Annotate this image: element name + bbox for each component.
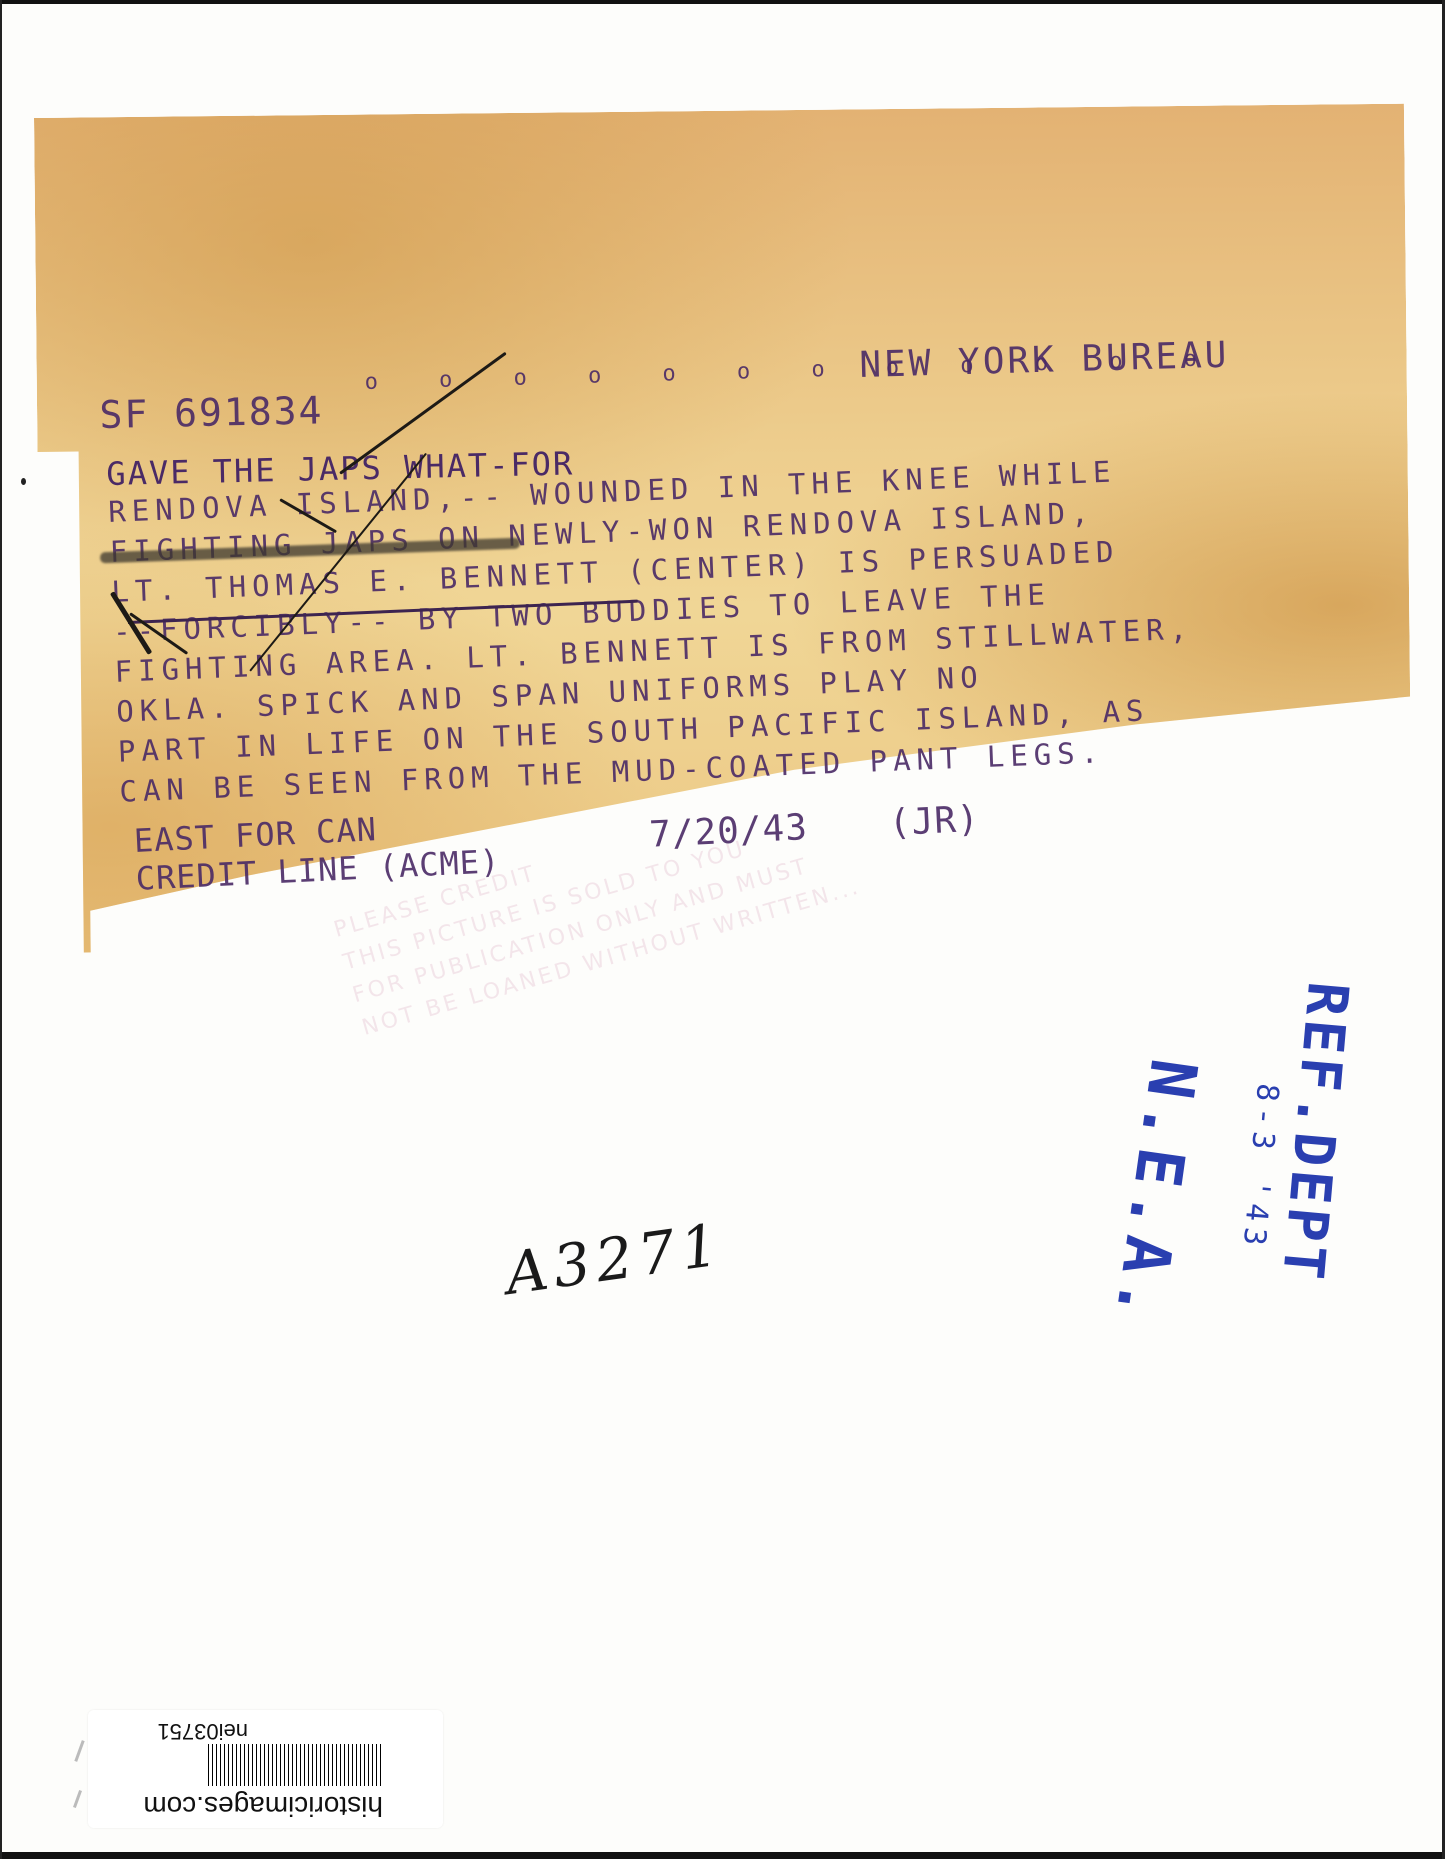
barcode-bar [324,1744,325,1786]
barcode-bar [220,1744,221,1786]
barcode-label: historicimages.com nei03751 [88,1710,443,1828]
barcode-bar [280,1744,281,1786]
barcode-bar [284,1744,285,1786]
ref-dept-stamp: REF.DEPT 8-3 '43 N.E.A. [1080,975,1380,1335]
barcode-site: historicimages.com [143,1790,383,1822]
barcode-bar [336,1744,337,1786]
barcode-bar [328,1744,329,1786]
barcode-bar [356,1744,357,1786]
barcode-bar [264,1744,265,1786]
barcode-bar [292,1744,293,1786]
barcode-bar [256,1744,257,1786]
barcode-bar [268,1744,269,1786]
barcode-bar [208,1744,209,1786]
barcode-bar [224,1744,225,1786]
barcode-bar [288,1744,289,1786]
scan-frame-bottom [0,1852,1445,1859]
barcode-bar [296,1744,297,1786]
scan-frame-top [0,0,1445,4]
serial-number: SF 691834 [99,388,324,437]
barcode-bar [228,1744,229,1786]
barcode-bar [312,1744,313,1786]
stamp-department: REF.DEPT [1269,979,1360,1285]
barcode-bar [316,1744,317,1786]
barcode-bar [304,1744,305,1786]
barcode-code: nei03751 [157,1718,248,1744]
barcode-bar [344,1744,345,1786]
handwritten-reference: A3271 [501,1210,728,1308]
barcode-bar [260,1744,261,1786]
barcode-bar [248,1744,249,1786]
edge-mark [74,1740,84,1762]
barcode-bar [320,1744,321,1786]
barcode-bar [308,1744,309,1786]
barcode-bars [141,1744,381,1786]
edge-mark [73,1790,82,1808]
dust-speck [21,478,26,485]
stamp-agency: N.E.A. [1100,1055,1210,1330]
barcode-bar [348,1744,349,1786]
barcode-bar [300,1744,301,1786]
barcode-bar [368,1744,369,1786]
barcode-bar [360,1744,361,1786]
barcode-bar [212,1744,213,1786]
barcode-bar [376,1744,377,1786]
barcode-bar [232,1744,233,1786]
barcode-bar [364,1744,365,1786]
barcode-bar [236,1744,237,1786]
barcode-bar [244,1744,245,1786]
barcode-bar [276,1744,277,1786]
barcode-bar [372,1744,373,1786]
barcode-bar [216,1744,217,1786]
barcode-bar [252,1744,253,1786]
barcode-bar [340,1744,341,1786]
barcode-bar [352,1744,353,1786]
barcode-bar [240,1744,241,1786]
barcode-bar [380,1744,381,1786]
barcode-bar [272,1744,273,1786]
scan-frame-left [0,0,2,1859]
barcode-bar [332,1744,333,1786]
